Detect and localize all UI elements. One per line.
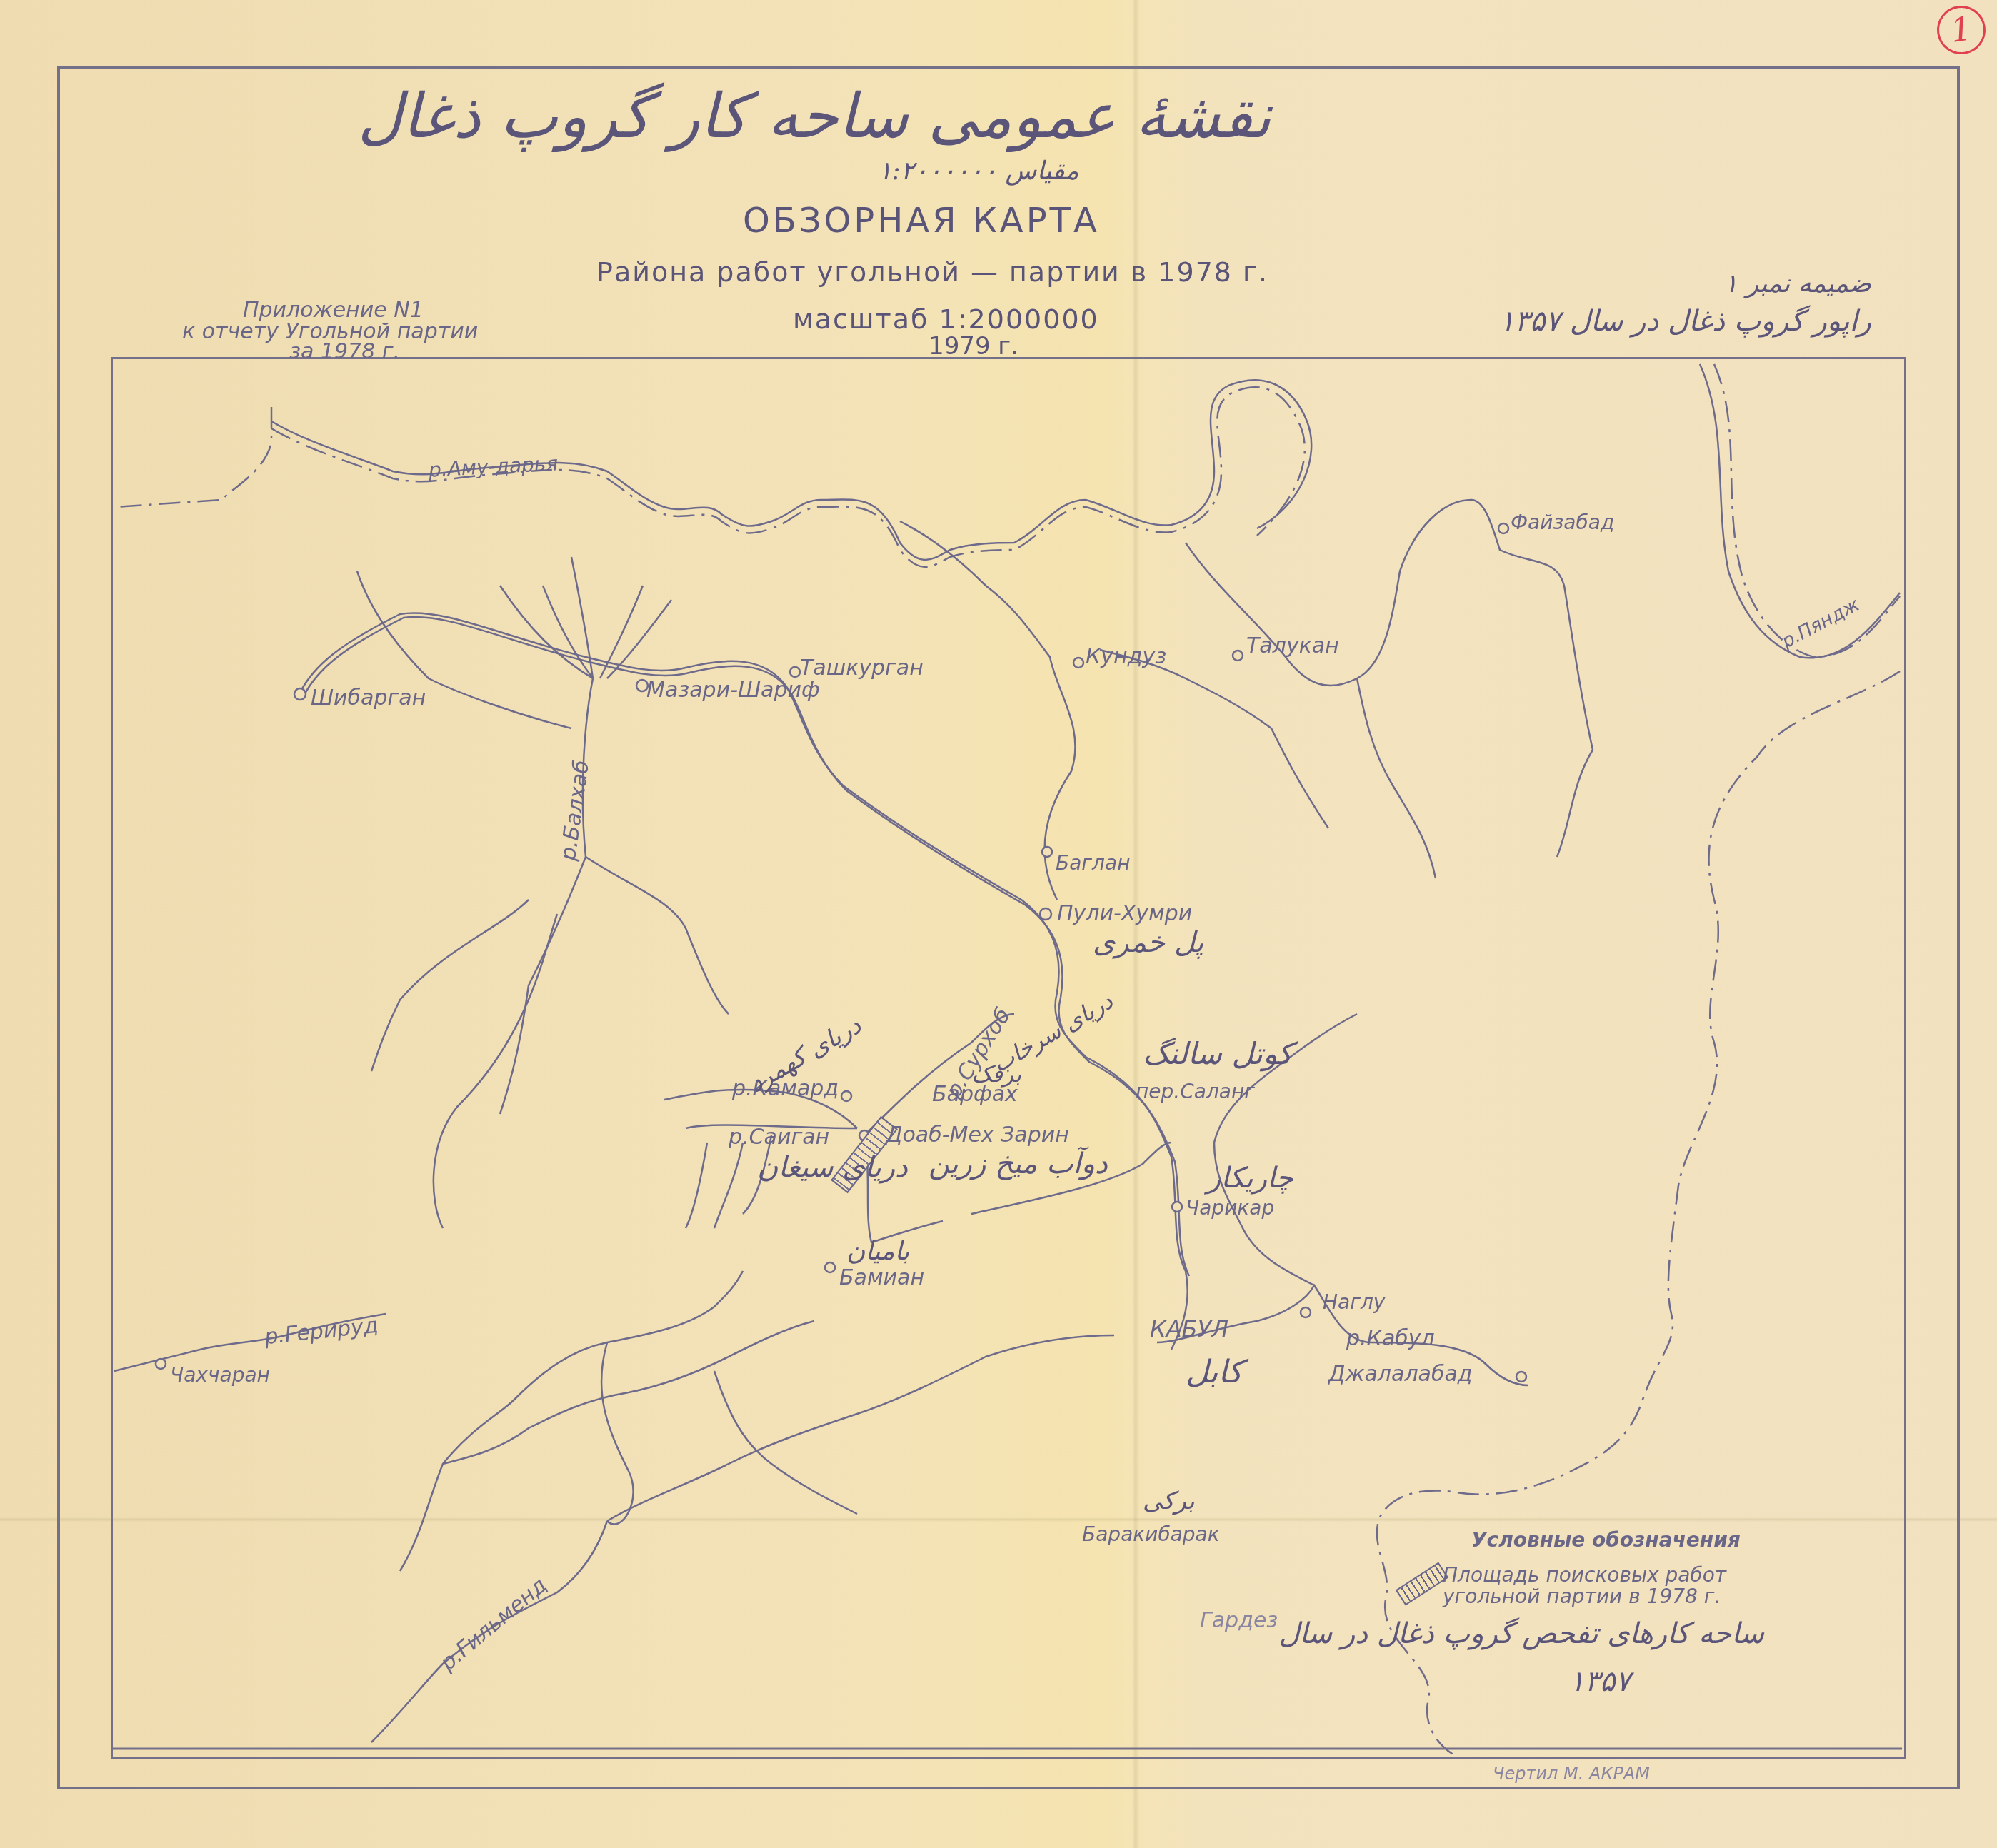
city-label-naglu: Наглу: [1323, 1292, 1385, 1312]
city-label-salang: пер.Саланг: [1136, 1082, 1255, 1102]
city-fa-kabul: کابل: [1186, 1357, 1243, 1388]
city-marker-bamian: [825, 1262, 835, 1272]
city-marker-faizabad: [1498, 523, 1508, 533]
river-balkhab: [500, 678, 593, 1114]
city-marker-baglan: [1042, 847, 1052, 857]
city-label-shibargan: Шибарган: [311, 688, 426, 709]
city-fa-barfak: برفک: [971, 1063, 1022, 1085]
city-marker-charikar: [1172, 1202, 1182, 1212]
city-fa-bamian: بامیان: [846, 1239, 910, 1265]
legend-item-line-2: угольной партии в 1978 г.: [1443, 1587, 1721, 1607]
city-label-talukan: Талукан: [1246, 636, 1339, 657]
legend-fa-line-1: ساحه کارهای تفحص گروپ ذغال در سال: [1436, 1619, 1764, 1648]
city-fa-puli-khumri: پل خمری: [1093, 928, 1203, 957]
city-label-gardez: Гардез: [1200, 1610, 1278, 1632]
river-label-kabul: р.Кабул: [1346, 1328, 1435, 1350]
city-marker-chakcharan: [156, 1359, 166, 1369]
city-label-charikar: Чарикар: [1186, 1198, 1274, 1218]
city-marker-tashkurgan: [790, 667, 800, 677]
river-pyandzh: [1700, 364, 1900, 658]
city-label-mazari-sharif: Мазари-Шариф: [646, 680, 820, 701]
city-label-puli-khumri: Пули-Хумри: [1057, 903, 1192, 925]
city-marker-shibargan: [294, 688, 306, 700]
city-marker-naglu: [1301, 1307, 1311, 1317]
legend-item-line-1: Площадь поисковых работ: [1443, 1565, 1726, 1585]
city-marker-jalalabad: [1516, 1372, 1526, 1382]
road-shibargan-mazar: [300, 613, 1188, 1350]
drafter-credit: Чертил М. АКРАМ: [1493, 1765, 1650, 1782]
city-label-kabul: КАБУЛ: [1150, 1317, 1228, 1340]
legend-fa-line-2: ۱۳۵۷: [1550, 1667, 1650, 1696]
city-marker-puli-khumri: [1040, 908, 1051, 920]
city-marker-barfak: [841, 1091, 851, 1101]
river-amu-darya: [271, 380, 1311, 560]
city-fa-charikar: چاریکار: [1207, 1164, 1293, 1192]
city-marker-kunduz: [1073, 658, 1083, 668]
river-label-saigan: р.Саиган: [729, 1127, 829, 1148]
city-label-bamian: Бамиан: [839, 1267, 924, 1289]
city-label-kunduz: Кундуз: [1086, 646, 1166, 668]
city-label-doab: Доаб-Мех Зарин: [886, 1125, 1069, 1146]
city-label-jalalabad: Джалалабад: [1328, 1364, 1473, 1385]
city-marker-talukan: [1233, 651, 1243, 661]
city-fa-barakibarak: برکی: [1143, 1489, 1195, 1513]
city-label-barakibarak: Баракибарак: [1082, 1525, 1220, 1545]
city-fa-doab: دوآب میخ زرین: [929, 1150, 1108, 1178]
river-fa-saigan: دریای سیغان: [757, 1153, 908, 1182]
legend-title: Условные обозначения: [1471, 1530, 1741, 1550]
city-label-faizabad: Файзабад: [1511, 513, 1614, 533]
city-fa-salang: کوتل سالنگ: [1143, 1039, 1293, 1069]
city-label-baglan: Баглан: [1056, 853, 1130, 873]
city-label-tashkurgan: Ташкурган: [800, 658, 924, 679]
city-label-chakcharan: Чахчаран: [170, 1365, 270, 1385]
